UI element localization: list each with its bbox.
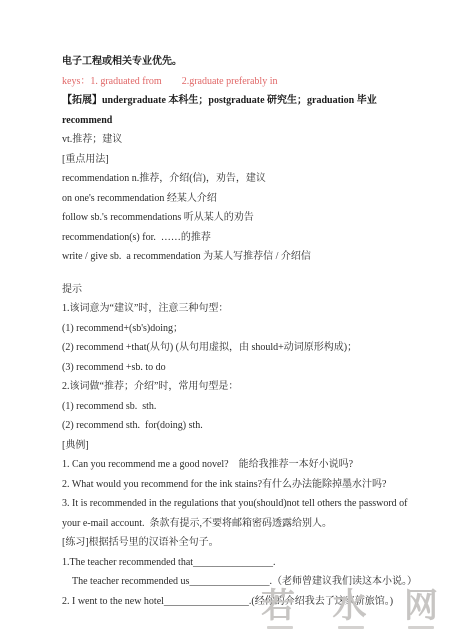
text-line: 2.该词做“推荐；介绍”时，常用句型是： [62, 377, 424, 397]
watermark-text: 若 水 网 [261, 588, 450, 624]
text-line: 【拓展】undergraduate 本科生；postgraduate 研究生；g… [62, 91, 424, 111]
document-page: 电子工程或相关专业优先。keys：1. graduated from 2.gra… [0, 0, 450, 637]
text-line: follow sb.'s recommendations 听从某人的劝告 [62, 208, 424, 228]
text-line: 1.The teacher recommended that__________… [62, 553, 424, 573]
text-line: (2) recommend sth. for(doing) sth. [62, 416, 424, 436]
watermark: 若 水 网 [261, 588, 438, 629]
text-line: (1) recommend+(sb's)doing； [62, 319, 424, 339]
text-line: 2. What would you recommend for the ink … [62, 475, 424, 495]
text-line: 3. It is recommended in the regulations … [62, 494, 424, 533]
text-line: vt.推荐；建议 [62, 130, 424, 150]
text-line: (2) recommend +that(从句) (从句用虚拟，由 should+… [62, 338, 424, 358]
watermark-sub-mark [338, 626, 364, 629]
text-line: recommendation(s) for. ……的推荐 [62, 228, 424, 248]
text-line: (3) recommend +sb. to do [62, 358, 424, 378]
text-line: 提示 [62, 280, 424, 300]
text-line: write / give sb. a recommendation 为某人写推荐… [62, 247, 424, 267]
text-line: on one's recommendation 经某人介绍 [62, 189, 424, 209]
text-line: 1. Can you recommend me a good novel? 能给… [62, 455, 424, 475]
document-text-body: 电子工程或相关专业优先。keys：1. graduated from 2.gra… [62, 52, 424, 611]
text-line: recommendation n.推荐，介绍(信)，劝告，建议 [62, 169, 424, 189]
text-line: (1) recommend sb. sth. [62, 397, 424, 417]
text-line: recommend [62, 111, 424, 131]
text-line: 1.该词意为“建议”时，注意三种句型： [62, 299, 424, 319]
text-line: 电子工程或相关专业优先。 [62, 52, 424, 72]
text-line: [练习]根据括号里的汉语补全句子。 [62, 533, 424, 553]
text-line: keys：1. graduated from 2.graduate prefer… [62, 72, 424, 92]
watermark-sub-mark [267, 626, 293, 629]
text-line: [典例] [62, 436, 424, 456]
watermark-sub-mark [408, 626, 434, 629]
text-line: [重点用法] [62, 150, 424, 170]
